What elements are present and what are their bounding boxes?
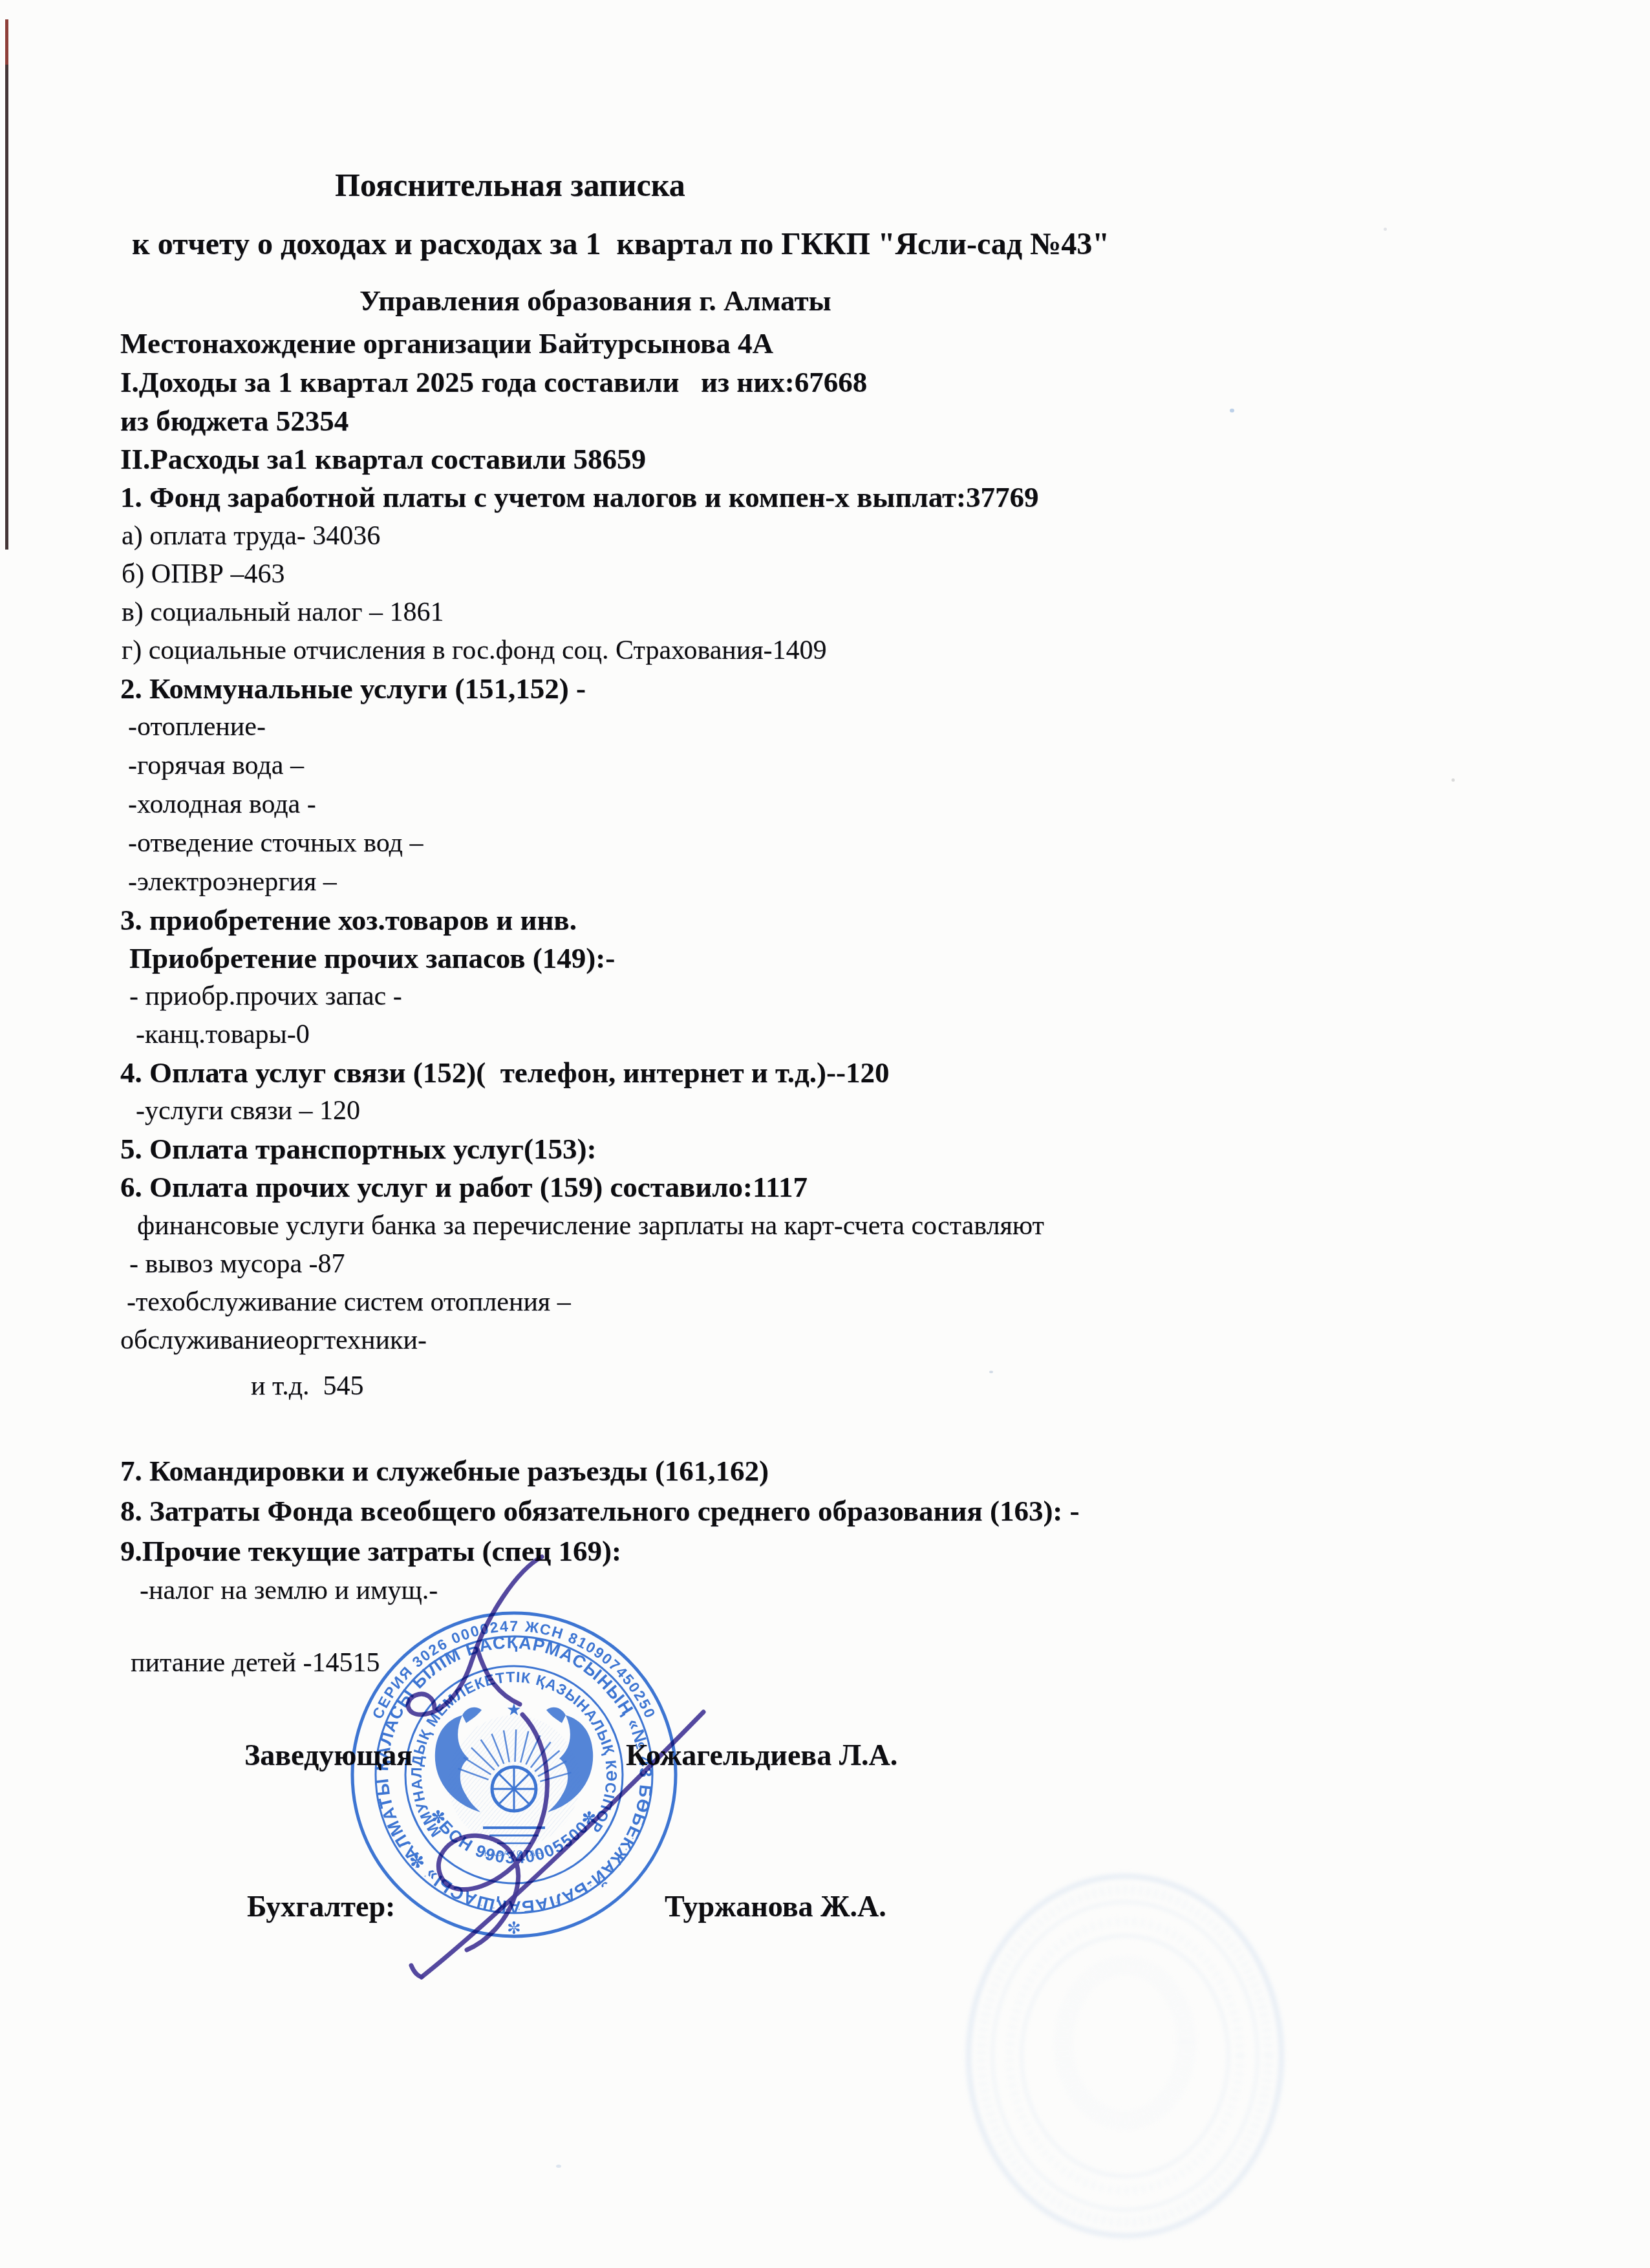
doc-title: Пояснительная записка bbox=[335, 167, 685, 204]
scan-speck bbox=[1230, 409, 1234, 412]
signature-accountant bbox=[411, 1712, 703, 1977]
line-payroll-fund: 1. Фонд заработной платы с учетом налого… bbox=[120, 481, 1039, 515]
line-heating-maintenance: -техобслуживание систем отопления – bbox=[127, 1287, 571, 1318]
line-office-equipment: обслуживаниеоргтехники- bbox=[120, 1325, 427, 1356]
signatures-overlay bbox=[259, 1487, 808, 2037]
line-other-supplies: Приобретение прочих запасов (149):- bbox=[129, 942, 615, 976]
line-business-trips: 7. Командировки и служебные разъезды (16… bbox=[120, 1455, 769, 1488]
line-etc-total: и т.д. 545 bbox=[251, 1371, 364, 1402]
line-communication: 4. Оплата услуг связи (152)( телефон, ин… bbox=[120, 1056, 889, 1090]
line-expenses-q1: II.Расходы за1 квартал составили 58659 bbox=[120, 443, 646, 476]
line-from-budget: из бюджета 52354 bbox=[120, 405, 348, 438]
scan-artifact-line bbox=[5, 19, 8, 550]
line-salary: а) оплата труда- 34036 bbox=[122, 520, 380, 551]
scan-speck bbox=[1452, 778, 1455, 782]
line-other-supplies-sub: - приобр.прочих запас - bbox=[129, 981, 402, 1012]
line-social-deductions: г) социальные отчисления в гос.фонд соц.… bbox=[122, 635, 827, 666]
doc-subtitle-department: Управления образования г. Алматы bbox=[359, 284, 831, 318]
line-other-services: 6. Оплата прочих услуг и работ (159) сос… bbox=[120, 1171, 808, 1204]
line-opvr: б) ОПВР –463 bbox=[122, 559, 284, 590]
scan-speck bbox=[556, 2165, 561, 2168]
line-stationery: -канц.товары-0 bbox=[136, 1019, 310, 1050]
line-transport: 5. Оплата транспортных услуг(153): bbox=[120, 1133, 597, 1166]
line-org-location: Местонахождение организации Байтурсынова… bbox=[120, 327, 773, 361]
line-utilities: 2. Коммунальные услуги (151,152) - bbox=[120, 672, 586, 706]
signature-director bbox=[408, 1557, 542, 1715]
line-heating: -отопление- bbox=[128, 711, 266, 742]
line-sewage: -отведение сточных вод – bbox=[128, 828, 423, 859]
scanned-document-page: Пояснительная записка к отчету о доходах… bbox=[0, 0, 1650, 2268]
line-electricity: -электроэнергия – bbox=[128, 866, 337, 897]
line-social-tax: в) социальный налог – 1861 bbox=[122, 597, 444, 628]
scan-speck bbox=[1384, 228, 1387, 231]
line-bank-services: финансовые услуги банка за перечисление … bbox=[137, 1210, 1044, 1241]
scan-speck bbox=[989, 1371, 993, 1373]
line-income-q1: I.Доходы за 1 квартал 2025 года составил… bbox=[120, 366, 867, 400]
line-garbage: - вывоз мусора -87 bbox=[129, 1248, 345, 1279]
doc-subtitle-report: к отчету о доходах и расходах за 1 кварт… bbox=[132, 226, 1109, 262]
line-household-goods: 3. приобретение хоз.товаров и инв. bbox=[120, 904, 577, 937]
line-hot-water: -горячая вода – bbox=[128, 750, 304, 781]
faint-stamp-impression bbox=[937, 1868, 1312, 2243]
line-communication-sub: -услуги связи – 120 bbox=[136, 1095, 360, 1126]
line-cold-water: -холодная вода - bbox=[128, 789, 316, 820]
